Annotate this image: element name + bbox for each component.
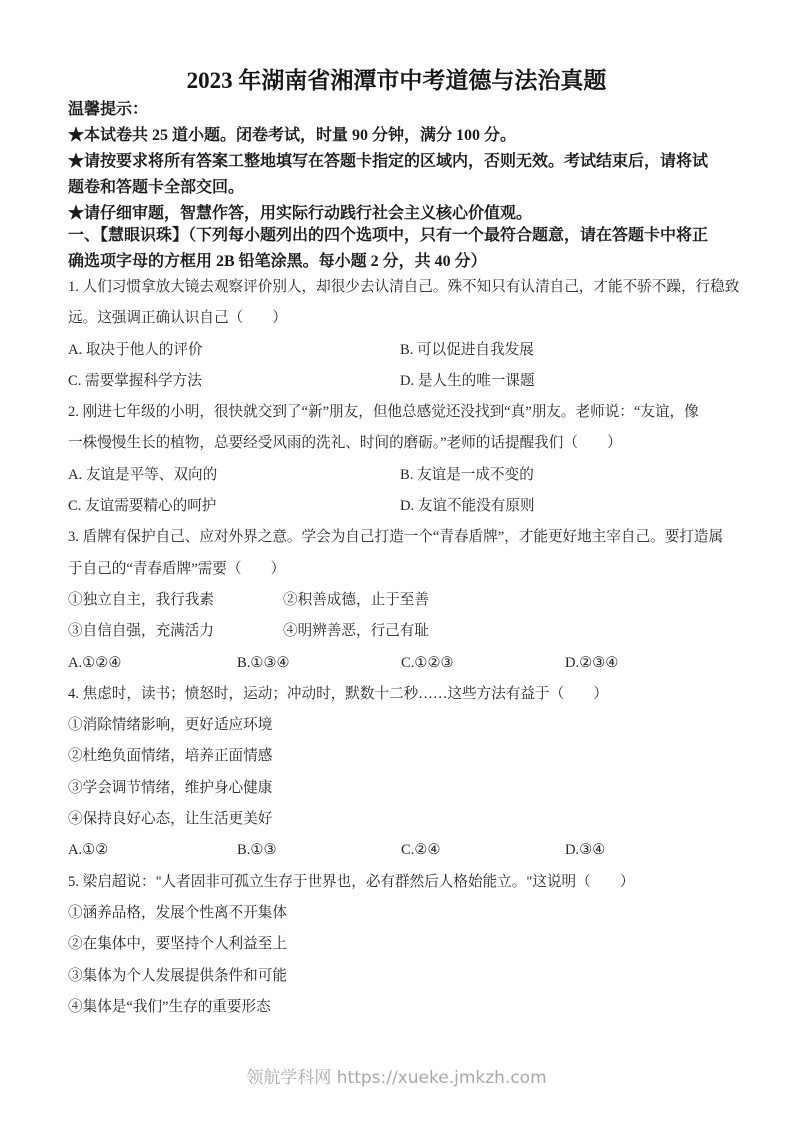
question-3-answer-a: A.①②④	[68, 655, 121, 671]
question-3-answer-row: A.①②④ B.①③④ C.①②③ D.②③④	[68, 648, 725, 679]
notice-heading: 温馨提示：	[68, 97, 725, 123]
question-5-subitem-4: ④集体是“我们”生存的重要形态	[68, 992, 725, 1023]
exam-title: 2023 年湖南省湘潭市中考道德与法治真题	[0, 66, 793, 96]
question-3-subitem-2: ②积善成德，止于至善	[283, 585, 429, 616]
question-4-answer-d: D.③④	[565, 835, 605, 866]
question-1-option-d: D. 是人生的唯一课题	[400, 366, 535, 397]
question-3-answer-d: D.②③④	[565, 648, 618, 679]
notice-line-3: 题卷和答题卡全部交回。	[68, 175, 725, 201]
questions-area: 1. 人们习惯拿放大镜去观察评价别人，却很少去认清自己。殊不知只有认清自己，才能…	[68, 272, 725, 1023]
exam-paper-page: 2023 年湖南省湘潭市中考道德与法治真题 温馨提示： ★本试卷共 25 道小题…	[0, 0, 793, 1122]
notice-line-2: ★请按要求将所有答案工整地填写在答题卡指定的区域内，否则无效。考试结束后，请将试	[68, 149, 725, 175]
question-5-subitem-3: ③集体为个人发展提供条件和可能	[68, 961, 725, 992]
question-1-option-a: A. 取决于他人的评价	[68, 342, 203, 358]
section-heading-line-1: 一、【慧眼识珠】（下列每小题列出的四个选项中，只有一个最符合题意，请在答题卡中将…	[68, 223, 725, 249]
section-heading: 一、【慧眼识珠】（下列每小题列出的四个选项中，只有一个最符合题意，请在答题卡中将…	[68, 223, 725, 275]
question-4-subitem-2: ②杜绝负面情绪，培养正面情感	[68, 741, 725, 772]
question-3-subitems-row-1: ①独立自主，我行我素 ②积善成德，止于至善	[68, 585, 725, 616]
question-2-option-d: D. 友谊不能没有原则	[400, 491, 535, 522]
question-2-options-row-2: C. 友谊需要精心的呵护 D. 友谊不能没有原则	[68, 491, 725, 522]
question-2-stem-line-1: 2. 刚进七年级的小明，很快就交到了“新”朋友，但他总感觉还没找到“真”朋友。老…	[68, 397, 725, 428]
question-4-subitem-3: ③学会调节情绪，维护身心健康	[68, 773, 725, 804]
question-3-subitem-4: ④明辨善恶，行己有耻	[283, 616, 429, 647]
question-3-subitem-1: ①独立自主，我行我素	[68, 592, 214, 608]
question-5-stem-line-1: 5. 梁启超说："人者固非可孤立生存于世界也，必有群然后人格始能立。"这说明（ …	[68, 867, 725, 898]
question-3-subitems-row-2: ③自信自强，充满活力 ④明辨善恶，行己有耻	[68, 616, 725, 647]
question-1-stem-line-1: 1. 人们习惯拿放大镜去观察评价别人，却很少去认清自己。殊不知只有认清自己，才能…	[68, 272, 725, 303]
question-4-answer-a: A.①②	[68, 842, 108, 858]
question-4-answer-row: A.①② B.①③ C.②④ D.③④	[68, 835, 725, 866]
question-1-option-c: C. 需要掌握科学方法	[68, 373, 202, 389]
question-1-option-b: B. 可以促进自我发展	[400, 335, 534, 366]
question-3-answer-b: B.①③④	[237, 648, 290, 679]
question-2-option-a: A. 友谊是平等、双向的	[68, 467, 217, 483]
question-1-options-row-2: C. 需要掌握科学方法 D. 是人生的唯一课题	[68, 366, 725, 397]
question-3-stem-line-2: 于自己的“青春盾牌”需要（ ）	[68, 554, 725, 585]
question-2-stem-line-2: 一株慢慢生长的植物，总要经受风雨的洗礼、时间的磨砺。”老师的话提醒我们（ ）	[68, 428, 725, 459]
question-4-answer-c: C.②④	[401, 835, 441, 866]
question-3-subitem-3: ③自信自强，充满活力	[68, 623, 214, 639]
question-4-subitem-4: ④保持良好心态，让生活更美好	[68, 804, 725, 835]
question-4-stem-line-1: 4. 焦虑时，读书；愤怒时，运动；冲动时，默数十二秒……这些方法有益于（ ）	[68, 679, 725, 710]
question-2-option-c: C. 友谊需要精心的呵护	[68, 498, 216, 514]
question-4-answer-b: B.①③	[237, 835, 277, 866]
question-2-options-row-1: A. 友谊是平等、双向的 B. 友谊是一成不变的	[68, 460, 725, 491]
notice-block: 温馨提示： ★本试卷共 25 道小题。闭卷考试，时量 90 分钟，满分 100 …	[68, 97, 725, 227]
question-3-stem-line-1: 3. 盾牌有保护自己、应对外界之意。学会为自己打造一个“青春盾牌”，才能更好地主…	[68, 522, 725, 553]
notice-line-1: ★本试卷共 25 道小题。闭卷考试，时量 90 分钟，满分 100 分。	[68, 123, 725, 149]
question-2-option-b: B. 友谊是一成不变的	[400, 460, 534, 491]
question-1-options-row-1: A. 取决于他人的评价 B. 可以促进自我发展	[68, 335, 725, 366]
question-5-subitem-2: ②在集体中，要坚持个人利益至上	[68, 929, 725, 960]
question-3-answer-c: C.①②③	[401, 648, 454, 679]
question-1-stem-line-2: 远。这强调正确认识自己（ ）	[68, 303, 725, 334]
watermark-text: 领航学科网 https://xueke.jmkzh.com	[0, 1066, 793, 1090]
question-4-subitem-1: ①消除情绪影响，更好适应环境	[68, 710, 725, 741]
question-5-subitem-1: ①涵养品格，发展个性离不开集体	[68, 898, 725, 929]
